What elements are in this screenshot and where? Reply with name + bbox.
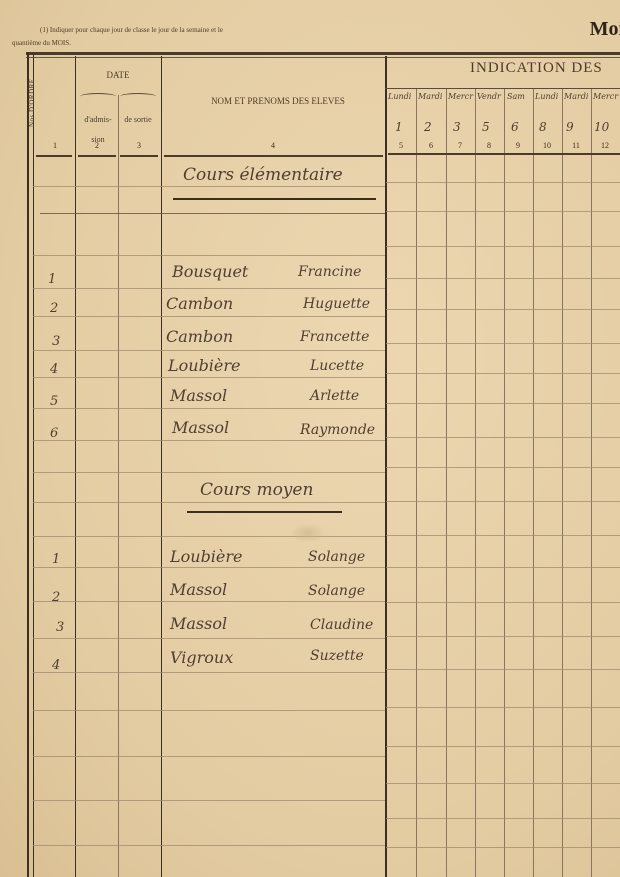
- section-underline: [187, 511, 342, 513]
- student-firstname: Lucette: [310, 358, 364, 374]
- footnote-line-2: quantième du MOIS.: [12, 37, 340, 50]
- row-line: [33, 845, 385, 846]
- section-underline: [173, 198, 376, 200]
- grid-line: [386, 567, 620, 568]
- grid-line: [386, 246, 620, 247]
- row-line: [33, 756, 385, 757]
- indication-subheader-line: [385, 88, 620, 89]
- student-surname: Massol: [172, 418, 229, 437]
- day-date: 5: [482, 120, 490, 134]
- row-line: [33, 601, 385, 602]
- grid-line: [386, 602, 620, 603]
- row-line: [33, 672, 385, 673]
- day-col-divider: [591, 88, 592, 877]
- header-rule: [36, 155, 72, 157]
- row-line: [33, 567, 385, 568]
- grid-line: [386, 847, 620, 848]
- row-line: [33, 710, 385, 711]
- day-date: 1: [395, 120, 403, 134]
- grid-line: [386, 535, 620, 536]
- student-surname: Bousquet: [172, 262, 248, 281]
- header-sortie: de sortie: [118, 110, 158, 130]
- grid-line: [386, 467, 620, 468]
- student-surname: Cambon: [166, 327, 233, 346]
- day-col-divider: [562, 88, 563, 877]
- day-col-divider: [504, 88, 505, 877]
- row-line: [33, 408, 385, 409]
- section-title: Cours moyen: [200, 480, 313, 500]
- column-number: 5: [391, 141, 411, 150]
- row-line: [33, 186, 385, 187]
- table-left-border-inner: [33, 53, 34, 877]
- day-date: 10: [594, 120, 609, 134]
- order-number: 5: [50, 394, 58, 409]
- day-date: 2: [424, 120, 432, 134]
- student-surname: Loubière: [170, 547, 243, 566]
- header-date: DATE: [78, 70, 158, 80]
- column-number: 2: [87, 141, 107, 150]
- column-number: 9: [508, 141, 528, 150]
- day-date: 6: [511, 120, 519, 134]
- day-name: Mercr: [448, 92, 473, 101]
- row-line: [33, 440, 385, 441]
- paper-stain: [290, 523, 326, 543]
- order-number: 6: [50, 426, 58, 441]
- student-firstname: Huguette: [303, 296, 370, 312]
- day-col-divider: [533, 88, 534, 877]
- student-surname: Massol: [170, 614, 227, 633]
- day-name: Lundi: [388, 92, 411, 101]
- row-line: [33, 502, 385, 503]
- row-line: [33, 536, 385, 537]
- student-firstname: Suzette: [310, 648, 364, 664]
- table-top-border: [26, 52, 620, 55]
- grid-line: [386, 343, 620, 344]
- column-number: 11: [566, 141, 586, 150]
- row-line: [33, 288, 385, 289]
- student-firstname: Raymonde: [300, 422, 375, 438]
- grid-line: [386, 309, 620, 310]
- student-surname: Loubière: [168, 356, 241, 375]
- grid-line: [386, 669, 620, 670]
- day-col-divider: [475, 88, 476, 877]
- table-top-border-inner: [26, 57, 620, 58]
- grid-line: [386, 707, 620, 708]
- student-surname: Massol: [170, 386, 227, 405]
- header-rule: [78, 155, 116, 157]
- grid-line: [386, 211, 620, 212]
- day-col-divider: [416, 88, 417, 877]
- student-firstname: Claudine: [310, 617, 373, 633]
- order-number: 2: [50, 301, 58, 316]
- grid-line: [386, 501, 620, 502]
- day-date: 3: [453, 120, 461, 134]
- day-name: Sam: [507, 92, 525, 101]
- student-surname: Massol: [170, 580, 227, 599]
- grid-line: [386, 437, 620, 438]
- col-divider-1: [75, 56, 76, 877]
- header-ordre: Nos D'ORDRE: [28, 78, 48, 128]
- grid-line: [386, 278, 620, 279]
- grid-line: [386, 746, 620, 747]
- student-firstname: Francine: [298, 264, 361, 280]
- day-name: Mardi: [418, 92, 442, 101]
- header-rule: [120, 155, 158, 157]
- day-name: Mardi: [564, 92, 588, 101]
- student-surname: Cambon: [166, 294, 233, 313]
- order-number: 4: [52, 658, 60, 673]
- order-number: 4: [50, 362, 58, 377]
- row-line: [33, 800, 385, 801]
- grid-line: [386, 818, 620, 819]
- header-rule: [388, 153, 620, 155]
- table-left-border: [27, 53, 29, 877]
- row-line: [33, 377, 385, 378]
- row-line: [33, 255, 385, 256]
- order-number: 1: [48, 272, 56, 287]
- column-number: 10: [537, 141, 557, 150]
- column-number: 3: [129, 141, 149, 150]
- header-rule: [164, 155, 383, 157]
- student-firstname: Arlette: [310, 388, 359, 404]
- column-number: 7: [450, 141, 470, 150]
- student-firstname: Solange: [308, 583, 365, 599]
- day-name: Lundi: [535, 92, 558, 101]
- footnote-line-1: (1) Indiquer pour chaque jour de classe …: [40, 26, 223, 34]
- grid-line: [386, 403, 620, 404]
- brace-decoration: [80, 93, 116, 100]
- day-date: 9: [566, 120, 574, 134]
- student-firstname: Solange: [308, 549, 365, 565]
- column-number: 12: [595, 141, 615, 150]
- month-label: Moi: [590, 18, 620, 41]
- row-line: [33, 638, 385, 639]
- order-number: 2: [52, 590, 60, 605]
- row-line: [33, 316, 385, 317]
- row-line: [33, 472, 385, 473]
- order-number: 3: [52, 334, 60, 349]
- brace-decoration: [120, 93, 156, 100]
- column-number: 8: [479, 141, 499, 150]
- grid-line: [386, 636, 620, 637]
- day-date: 8: [539, 120, 547, 134]
- day-name: Mercr: [593, 92, 618, 101]
- order-number: 1: [52, 552, 60, 567]
- column-number: 1: [45, 141, 65, 150]
- order-number: 3: [56, 620, 64, 635]
- grid-line: [386, 783, 620, 784]
- column-number: 4: [263, 141, 283, 150]
- student-surname: Vigroux: [170, 648, 233, 667]
- day-col-divider: [446, 88, 447, 877]
- grid-line: [386, 373, 620, 374]
- day-name: Vendr: [477, 92, 501, 101]
- student-firstname: Francette: [300, 329, 369, 345]
- footnote: (1) Indiquer pour chaque jour de classe …: [40, 24, 340, 50]
- header-indication: INDICATION DES: [470, 60, 603, 77]
- col-divider-3: [161, 56, 162, 877]
- header-nom-prenoms: NOM ET PRENOMS DES ELEVES: [168, 96, 388, 106]
- section-title: Cours élémentaire: [183, 165, 343, 185]
- grid-line: [386, 182, 620, 183]
- row-line: [33, 350, 385, 351]
- row-line: [40, 213, 385, 214]
- column-number: 6: [421, 141, 441, 150]
